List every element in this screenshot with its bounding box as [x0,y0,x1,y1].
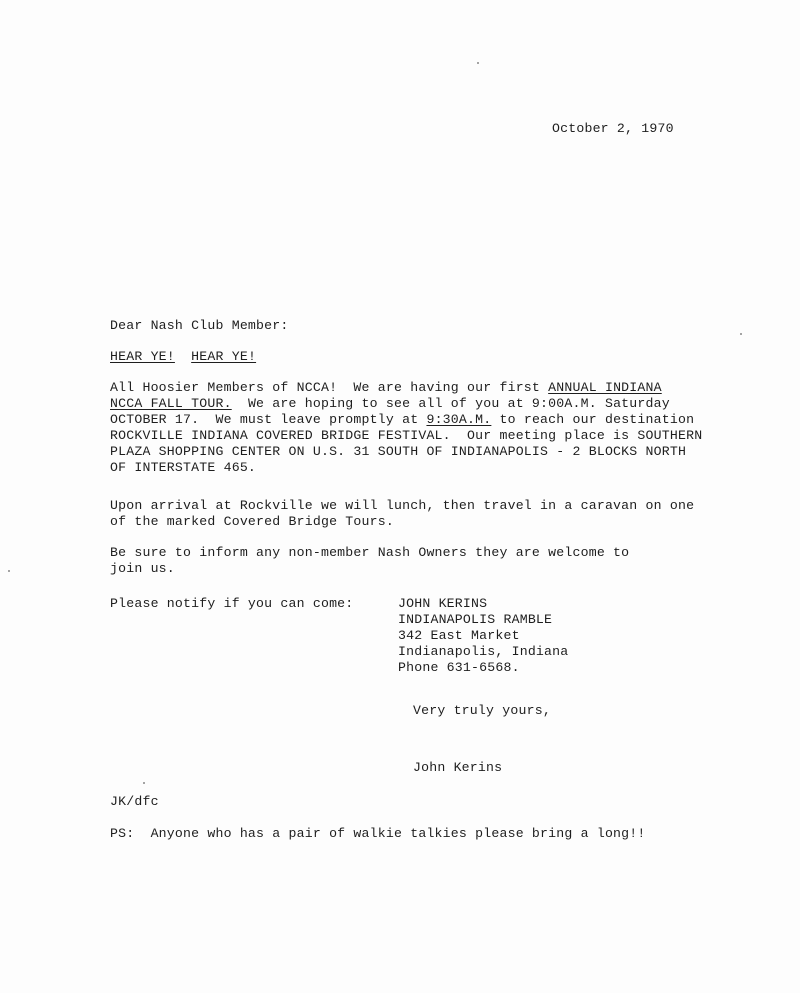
p1-line3-text: OCTOBER 17. We must leave promptly at [110,412,426,427]
p1-line2-text: We are hoping to see all of you at 9:00A… [232,396,670,411]
p2-line1: Upon arrival at Rockville we will lunch,… [110,498,694,514]
p1-line3-underlined: 9:30A.M. [426,412,491,427]
scan-speck [8,570,10,572]
signature: John Kerins [413,760,502,776]
contact-name: JOHN KERINS [398,596,487,612]
p3-line2: join us. [110,561,175,577]
scan-speck [477,62,479,64]
p1-line1-underlined: ANNUAL INDIANA [548,380,662,395]
p1-line2-underlined: NCCA FALL TOUR. [110,396,232,411]
postscript: PS: Anyone who has a pair of walkie talk… [110,826,646,842]
closing: Very truly yours, [413,703,551,719]
contact-street: 342 East Market [398,628,520,644]
p1-line4: ROCKVILLE INDIANA COVERED BRIDGE FESTIVA… [110,428,702,444]
headline-2: HEAR YE! [191,349,256,364]
headline: HEAR YE! HEAR YE! [110,349,256,365]
salutation: Dear Nash Club Member: [110,318,289,334]
p2-line2: of the marked Covered Bridge Tours. [110,514,394,530]
notify-label: Please notify if you can come: [110,596,353,612]
headline-1: HEAR YE! [110,349,175,364]
p3-line1: Be sure to inform any non-member Nash Ow… [110,545,629,561]
letter-page: October 2, 1970 Dear Nash Club Member: H… [0,0,800,993]
contact-club: INDIANAPOLIS RAMBLE [398,612,552,628]
p1-line6: OF INTERSTATE 465. [110,460,256,476]
contact-phone: Phone 631-6568. [398,660,520,676]
p1-line5: PLAZA SHOPPING CENTER ON U.S. 31 SOUTH O… [110,444,686,460]
initials: JK/dfc [110,794,159,810]
p1-line1-text: All Hoosier Members of NCCA! We are havi… [110,380,548,395]
scan-speck [740,333,742,335]
contact-city: Indianapolis, Indiana [398,644,568,660]
scan-speck [143,782,145,784]
letter-date: October 2, 1970 [552,121,674,137]
p1-line3-text-end: to reach our destination [491,412,694,427]
